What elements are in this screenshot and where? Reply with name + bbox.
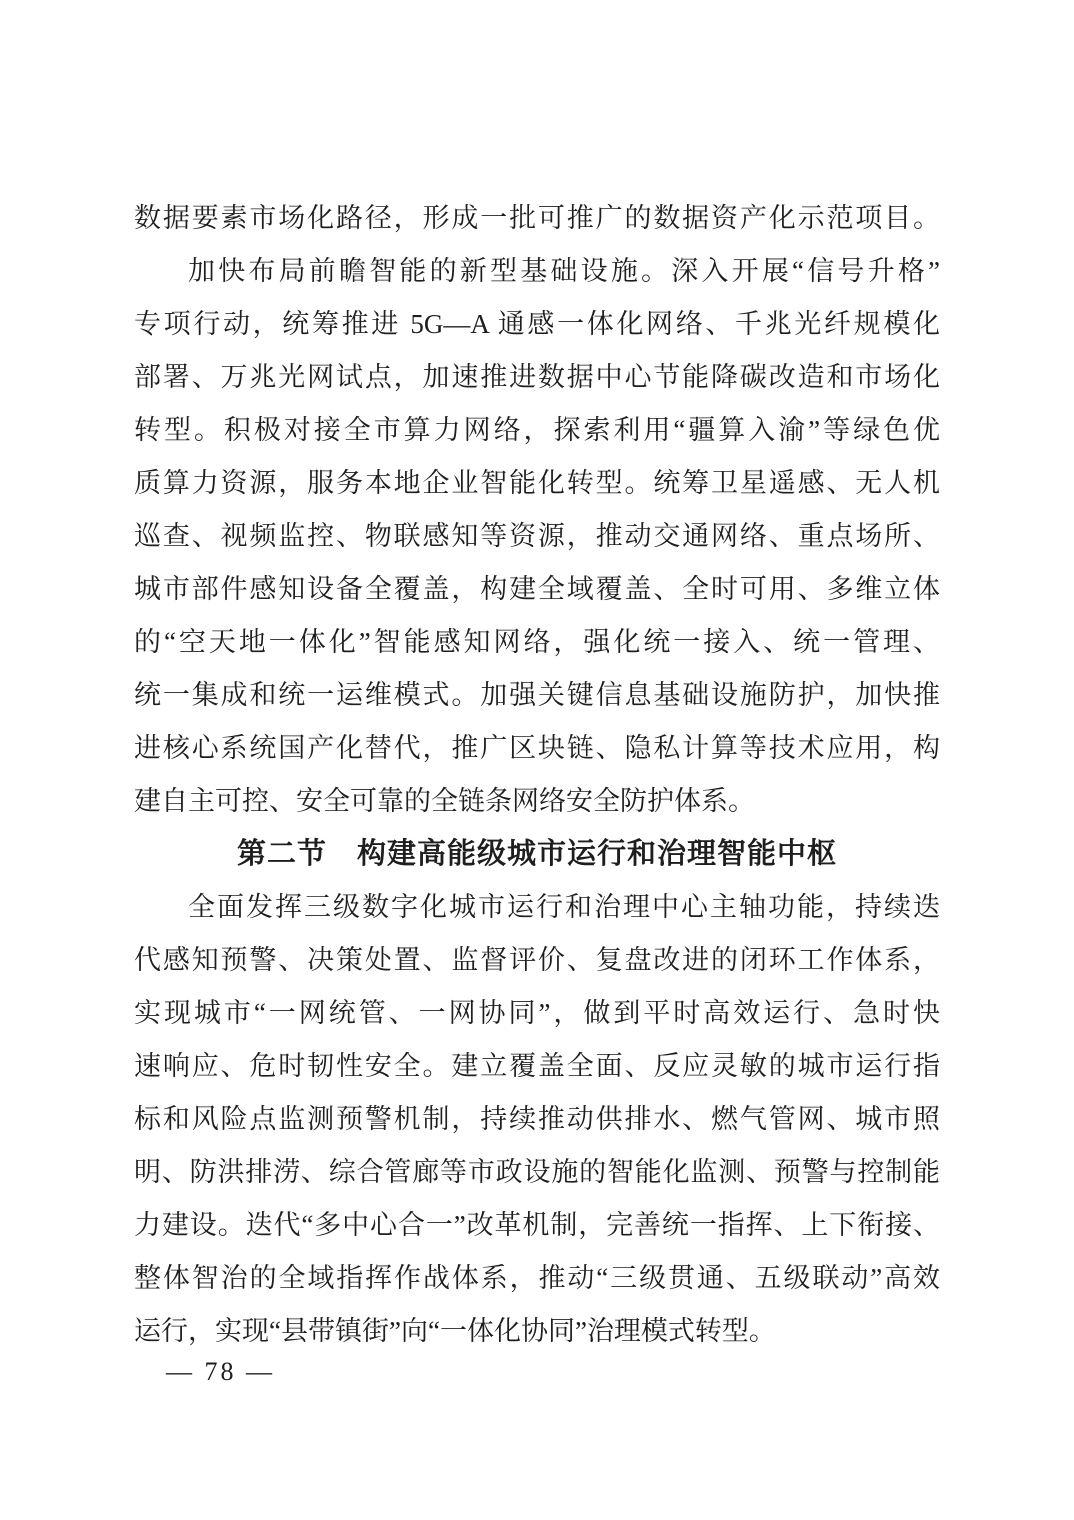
text-line: 城市部件感知设备全覆盖，构建全域覆盖、全时可用、多维立体 [134,563,940,616]
text-line: 速响应、危时韧性安全。建立覆盖全面、反应灵敏的城市运行指 [134,1040,940,1093]
text-line: 全面发挥三级数字化城市运行和治理中心主轴功能，持续迭 [134,881,940,934]
text-line: 转型。积极对接全市算力网络，探索利用“疆算入渝”等绿色优 [134,404,940,457]
text-line: 明、防洪排涝、综合管廊等市政设施的智能化监测、预警与控制能 [134,1146,940,1199]
text-line: 力建设。迭代“多中心合一”改革机制，完善统一指挥、上下衔接、 [134,1199,940,1252]
text-line: 运行，实现“县带镇街”向“一体化协同”治理模式转型。 [134,1305,940,1358]
text-line: 质算力资源，服务本地企业智能化转型。统筹卫星遥感、无人机 [134,457,940,510]
text-line: 实现城市“一网统管、一网协同”，做到平时高效运行、急时快 [134,987,940,1040]
text-line: 标和风险点监测预警机制，持续推动供排水、燃气管网、城市照 [134,1093,940,1146]
text-line: 进核心系统国产化替代，推广区块链、隐私计算等技术应用，构 [134,722,940,775]
document-text-block: 数据要素市场化路径，形成一批可推广的数据资产化示范项目。加快布局前瞻智能的新型基… [134,192,940,1358]
text-line: 的“空天地一体化”智能感知网络，强化统一接入、统一管理、 [134,616,940,669]
text-line: 建自主可控、安全可靠的全链条网络安全防护体系。 [134,775,940,828]
text-line: 巡查、视频监控、物联感知等资源，推动交通网络、重点场所、 [134,510,940,563]
page-number: — 78 — [166,1356,275,1388]
document-page: 数据要素市场化路径，形成一批可推广的数据资产化示范项目。加快布局前瞻智能的新型基… [0,0,1074,1520]
text-line: 统一集成和统一运维模式。加强关键信息基础设施防护，加快推 [134,669,940,722]
text-line: 数据要素市场化路径，形成一批可推广的数据资产化示范项目。 [134,192,940,245]
text-line: 代感知预警、决策处置、监督评价、复盘改进的闭环工作体系， [134,934,940,987]
text-line: 加快布局前瞻智能的新型基础设施。深入开展“信号升格” [134,245,940,298]
text-line: 整体智治的全域指挥作战体系，推动“三级贯通、五级联动”高效 [134,1252,940,1305]
text-line: 部署、万兆光网试点，加速推进数据中心节能降碳改造和市场化 [134,351,940,404]
section-heading: 第二节 构建高能级城市运行和治理智能中枢 [134,828,940,881]
text-line: 专项行动，统筹推进 5G—A 通感一体化网络、千兆光纤规模化 [134,298,940,351]
